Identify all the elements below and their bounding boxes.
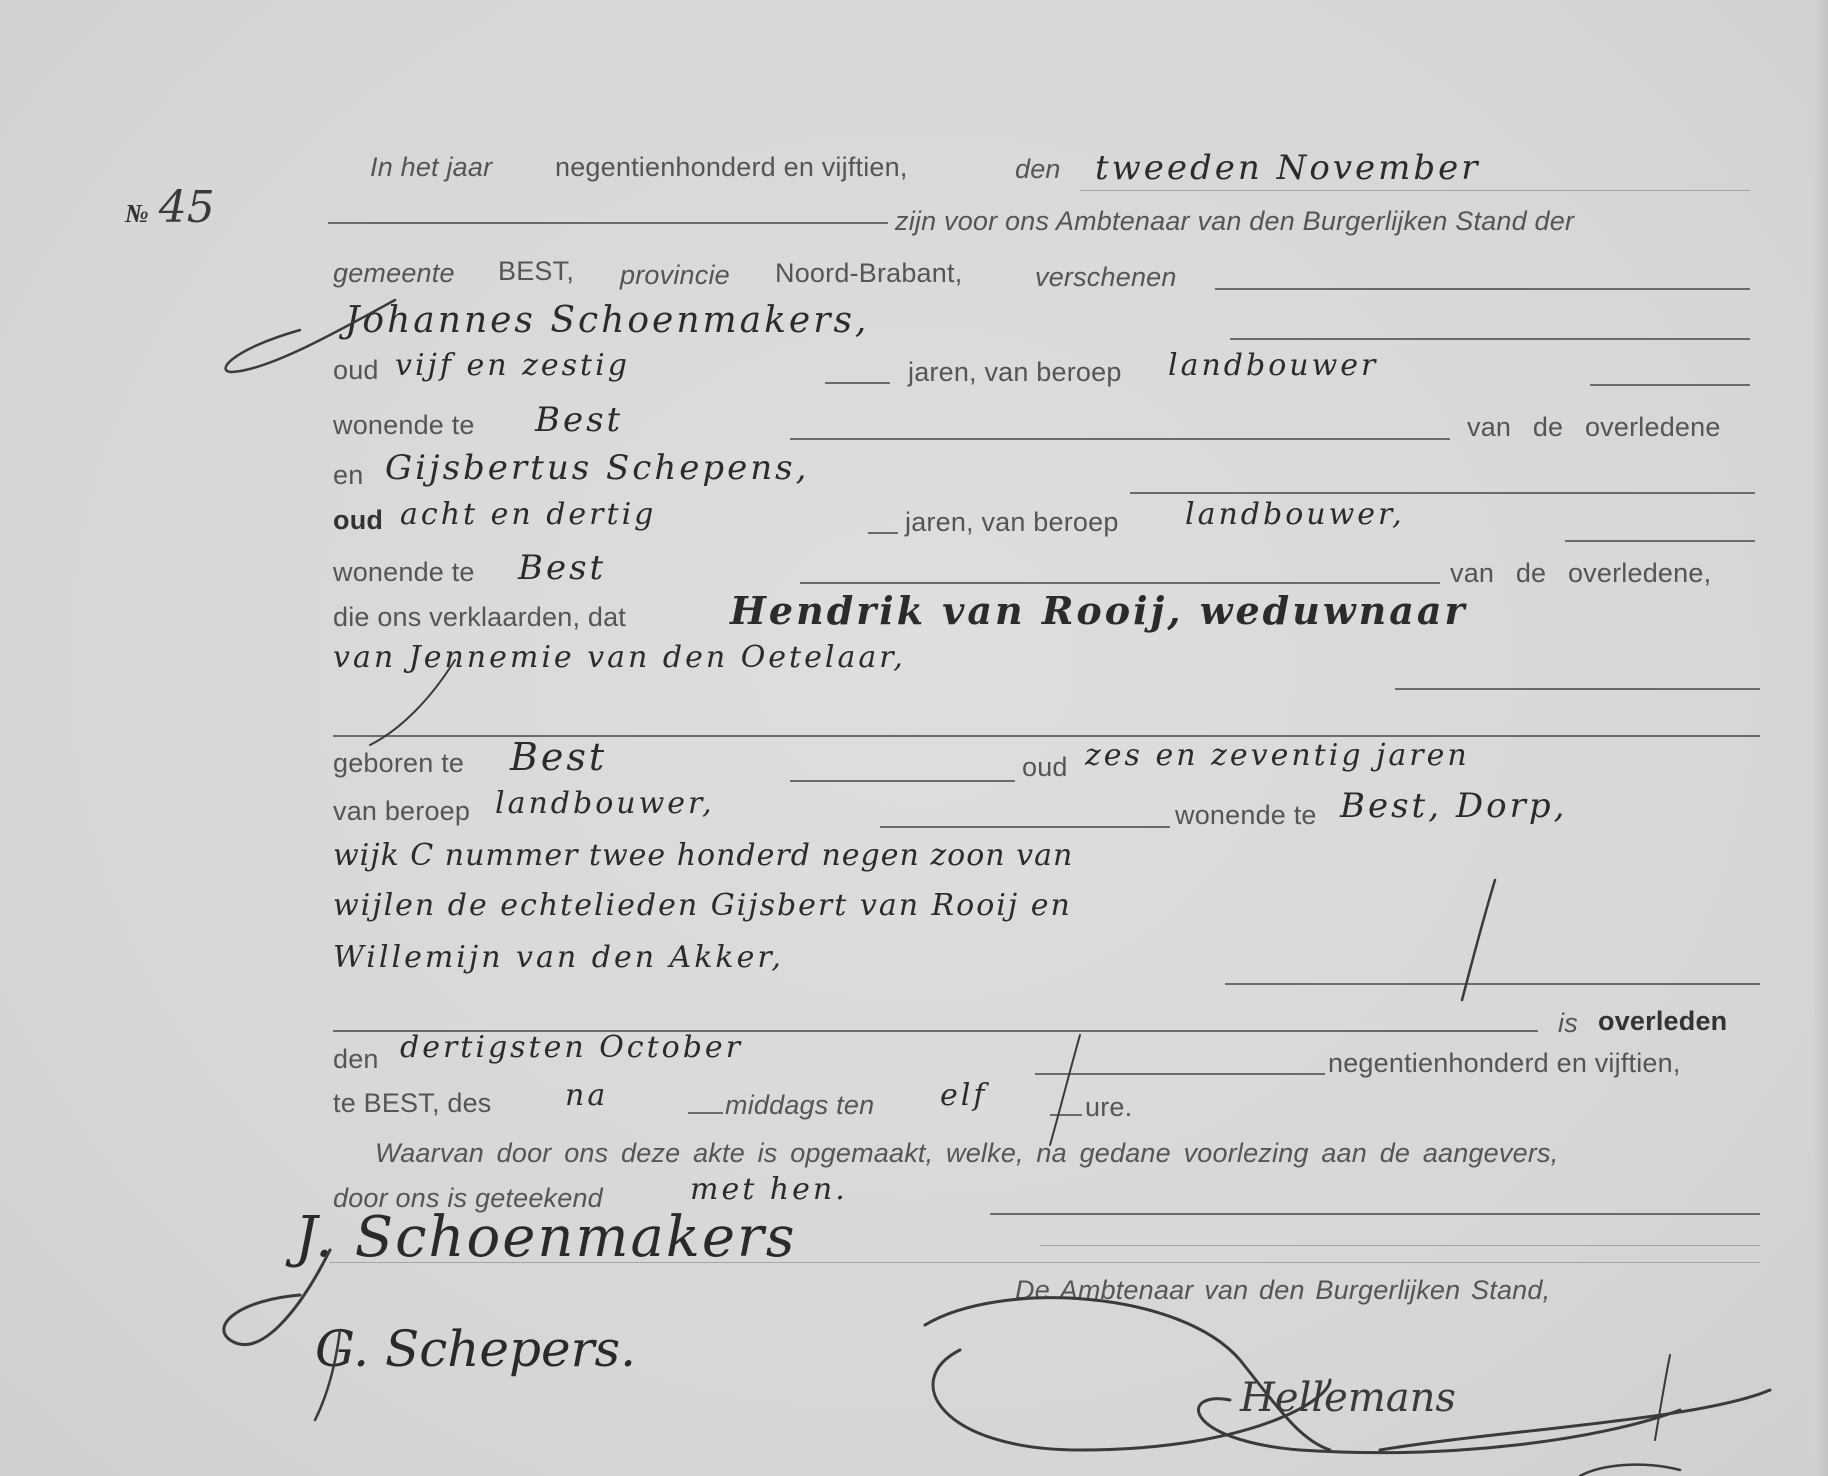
fill-rule xyxy=(790,438,1450,440)
fill-rule xyxy=(1080,190,1750,191)
signature-declarant-2: G. Schepers. xyxy=(315,1320,636,1378)
print-wonende-te-2: wonende te xyxy=(333,557,475,588)
print-geboren-te: geboren te xyxy=(333,748,464,779)
hand-signed-with: met hen. xyxy=(690,1172,848,1207)
print-van-de-overledene: van de overledene xyxy=(1467,412,1721,443)
fill-rule xyxy=(880,826,1170,828)
print-middags-ten: middags ten xyxy=(725,1090,874,1121)
hand-declarant-1-name: Johannes Schoenmakers, xyxy=(345,300,869,341)
fill-rule xyxy=(1565,540,1755,542)
print-gemeente: gemeente xyxy=(333,258,455,289)
hand-mother-name: Willemijn van den Akker, xyxy=(333,940,784,975)
fill-rule xyxy=(1215,288,1750,290)
hand-residence-deceased: Best, Dorp, xyxy=(1340,786,1567,826)
print-wonende-te: wonende te xyxy=(333,410,475,441)
print-official-title: De Ambtenaar van den Burgerlijken Stand, xyxy=(1015,1275,1550,1306)
hand-declarant-2-name: Gijsbertus Schepens, xyxy=(385,448,809,488)
fill-rule xyxy=(1050,1114,1082,1116)
print-waarvan-clause: Waarvan door ons deze akte is opgemaakt,… xyxy=(375,1138,1558,1169)
record-number: №45 xyxy=(125,182,215,233)
fill-rule xyxy=(1035,1073,1325,1075)
fill-rule xyxy=(1130,492,1755,494)
hand-residence-declarant-2: Best xyxy=(518,548,606,588)
fill-rule xyxy=(990,1213,1760,1215)
print-noord-brabant: Noord-Brabant, xyxy=(775,258,962,289)
print-jaren-van-beroep: jaren, van beroep xyxy=(908,357,1122,388)
fill-rule xyxy=(868,532,898,534)
print-den: den xyxy=(1015,154,1061,185)
print-van-de-overledene-2: van de overledene, xyxy=(1450,558,1711,589)
fill-rule xyxy=(1230,338,1750,340)
hand-occupation-deceased: landbouwer, xyxy=(495,786,715,821)
fill-rule xyxy=(688,1112,723,1114)
print-oud-2: oud xyxy=(333,505,383,536)
print-in-het-jaar: In het jaar xyxy=(370,152,492,183)
hand-address-and-parentage: wijk C nummer twee honderd negen zoon va… xyxy=(333,838,1073,873)
hand-age-declarant-1: vijf en zestig xyxy=(395,348,630,383)
print-verschenen: verschenen xyxy=(1035,262,1177,293)
print-year-of-death: negentienhonderd en vijftien, xyxy=(1328,1048,1681,1079)
print-oud-3: oud xyxy=(1022,752,1068,783)
print-zijn-voor-ons: zijn voor ons Ambtenaar van den Burgerli… xyxy=(895,206,1574,237)
print-best: BEST, xyxy=(498,256,574,287)
document-page: №45 In het jaar negentienhonderd en vijf… xyxy=(0,0,1828,1476)
print-van-beroep: van beroep xyxy=(333,796,470,827)
signature-official: Hellemans xyxy=(1240,1375,1456,1421)
print-den-2: den xyxy=(333,1044,379,1075)
print-oud: oud xyxy=(333,355,379,386)
hand-time-of-day: na xyxy=(565,1078,608,1113)
fill-rule xyxy=(800,582,1440,584)
hand-age-declarant-2: acht en dertig xyxy=(400,497,656,532)
print-jaren-van-beroep-2: jaren, van beroep xyxy=(905,507,1119,538)
hand-residence-declarant-1: Best xyxy=(535,400,623,440)
record-number-label: № xyxy=(125,199,149,228)
print-is: is xyxy=(1558,1008,1578,1039)
hand-date-of-death: dertigsten October xyxy=(400,1030,743,1065)
print-overleden: overleden xyxy=(1598,1006,1727,1037)
page-edge xyxy=(1814,0,1828,1476)
fill-rule xyxy=(328,222,888,224)
print-ure: ure. xyxy=(1085,1092,1132,1123)
print-provincie: provincie xyxy=(620,260,730,291)
fill-rule xyxy=(790,780,1015,782)
hand-date-registration: tweeden November xyxy=(1095,148,1481,188)
print-wonende-te-3: wonende te xyxy=(1175,800,1317,831)
print-te-best-des: te BEST, des xyxy=(333,1088,491,1119)
fill-rule xyxy=(1395,688,1760,690)
signature-guide-rule xyxy=(1040,1245,1760,1246)
hand-birthplace: Best xyxy=(510,735,607,779)
hand-hour: elf xyxy=(940,1078,987,1113)
signature-declarant-1: J. Schoenmakers xyxy=(295,1205,797,1270)
record-number-value: 45 xyxy=(159,182,215,233)
hand-occupation-declarant-1: landbouwer xyxy=(1168,348,1378,383)
fill-rule xyxy=(1225,983,1760,985)
hand-occupation-declarant-2: landbouwer, xyxy=(1185,497,1405,532)
print-en: en xyxy=(333,460,363,491)
hand-parents-line: wijlen de echtelieden Gijsbert van Rooij… xyxy=(333,888,1072,923)
fill-rule xyxy=(825,382,890,384)
hand-deceased-name: Hendrik van Rooij, weduwnaar xyxy=(730,588,1467,633)
hand-deceased-spouse: van Jennemie van den Oetelaar, xyxy=(333,640,906,675)
fill-rule xyxy=(1590,384,1750,386)
print-die-ons-verklaarden: die ons verklaarden, dat xyxy=(333,602,626,633)
print-year-text: negentienhonderd en vijftien, xyxy=(555,152,908,183)
hand-age-deceased: zes en zeventig jaren xyxy=(1085,738,1470,773)
